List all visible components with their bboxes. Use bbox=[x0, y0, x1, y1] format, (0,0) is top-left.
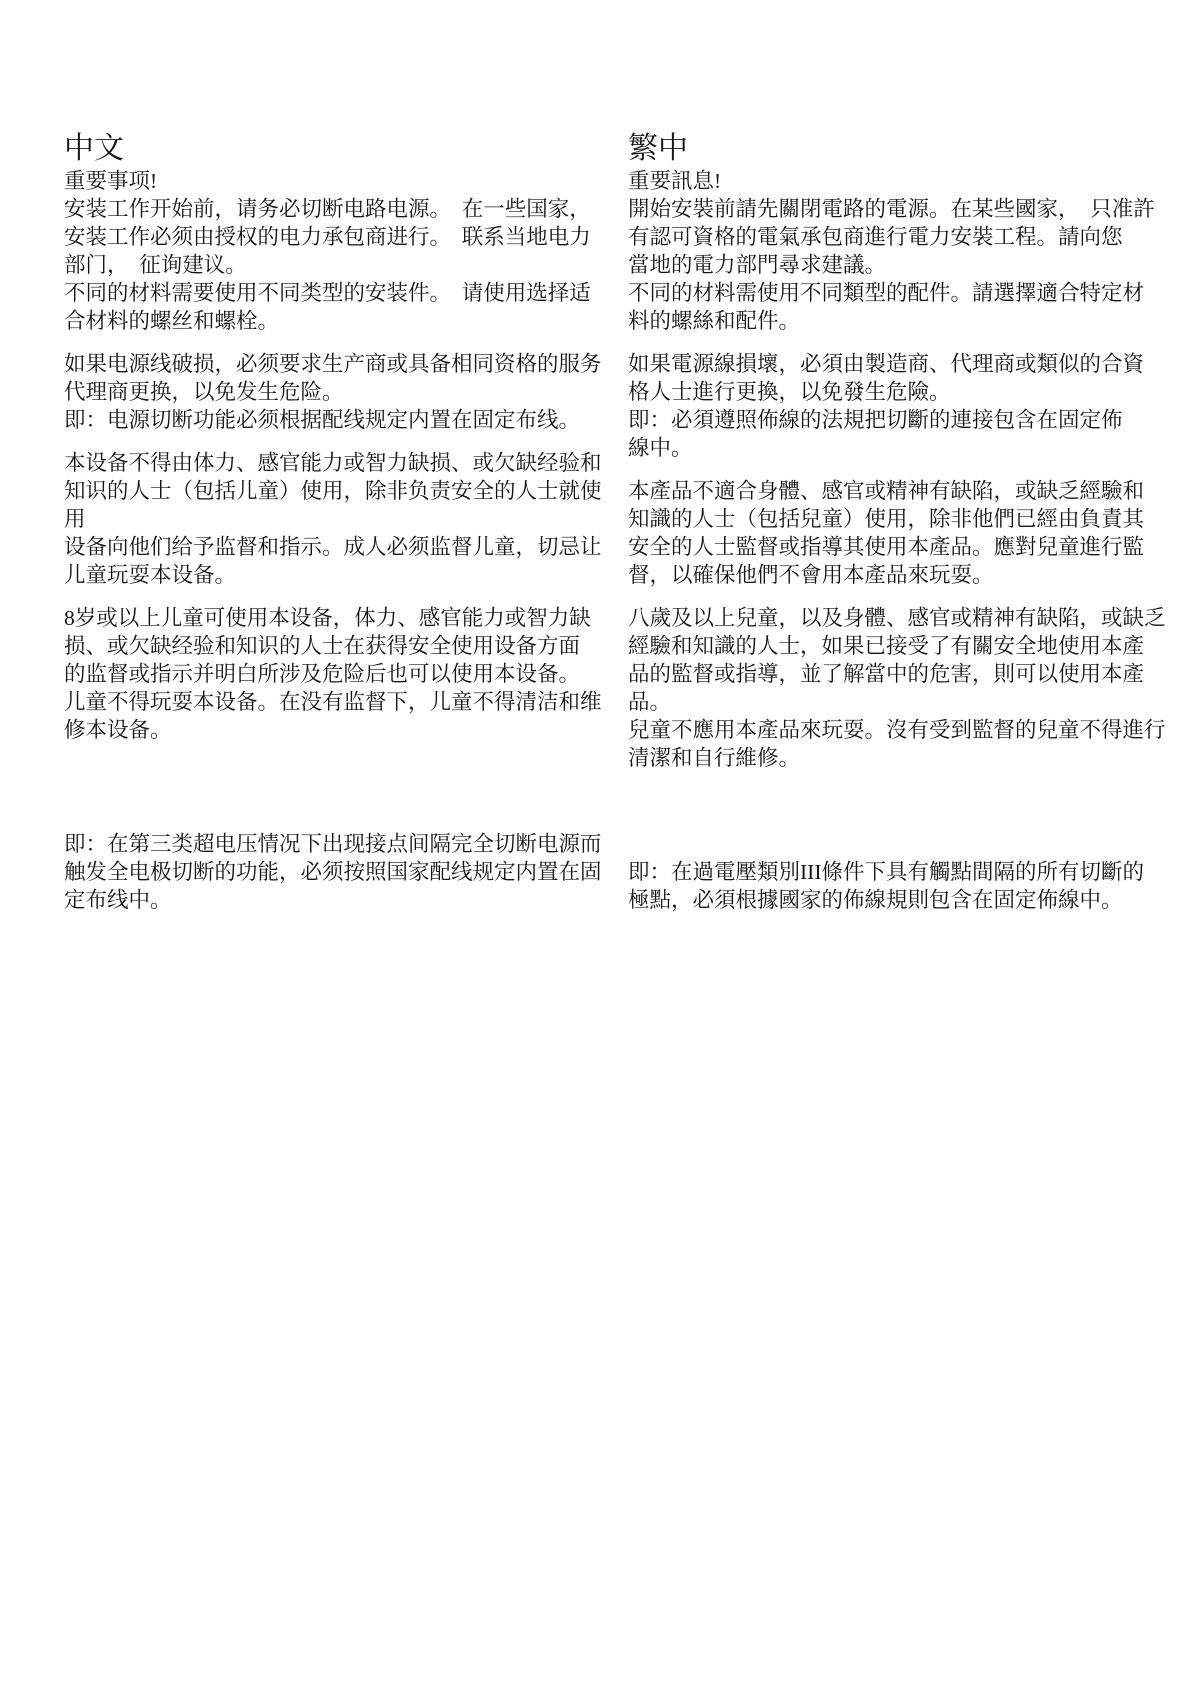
column-simplified-chinese: 中文 重要事项! 安装工作开始前，请务必切断电路电源。 在一些国家， 安装工作必… bbox=[64, 131, 612, 914]
installation-power-off-paragraph: 開始安裝前請先關閉電路的電源。在某些國家， 只准許 有認可資格的電氣承包商進行電… bbox=[628, 195, 1180, 335]
power-cord-damage-paragraph: 如果電源線損壞，必須由製造商、代理商或類似的合資 格人士進行更換，以免發生危險。… bbox=[628, 350, 1180, 462]
important-note-label: 重要訊息! bbox=[628, 167, 1180, 195]
column-traditional-chinese: 繁中 重要訊息! 開始安裝前請先關閉電路的電源。在某些國家， 只准許 有認可資格… bbox=[628, 131, 1180, 914]
language-heading-traditional: 繁中 bbox=[628, 131, 1180, 167]
language-heading-simplified: 中文 bbox=[64, 131, 612, 167]
document-page: 中文 重要事项! 安装工作开始前，请务必切断电路电源。 在一些国家， 安装工作必… bbox=[0, 0, 1191, 1684]
children-over-eight-paragraph: 八歲及以上兒童，以及身體、感官或精神有缺陷，或缺乏 經驗和知識的人士，如果已接受… bbox=[628, 604, 1180, 772]
children-over-eight-paragraph: 8岁或以上儿童可使用本设备，体力、感官能力或智力缺 损、或欠缺经验和知识的人士在… bbox=[64, 604, 612, 744]
reduced-capability-users-paragraph: 本產品不適合身體、感官或精神有缺陷，或缺乏經驗和 知識的人士（包括兒童）使用，除… bbox=[628, 477, 1180, 589]
important-note-label: 重要事项! bbox=[64, 167, 612, 195]
overvoltage-category-note: 即：在第三类超电压情况下出现接点间隔完全切断电源而 触发全电极切断的功能，必须按… bbox=[64, 830, 612, 914]
overvoltage-category-note: 即：在過電壓類別III條件下具有觸點間隔的所有切斷的 極點，必須根據國家的佈線規… bbox=[628, 858, 1180, 914]
reduced-capability-users-paragraph: 本设备不得由体力、感官能力或智力缺损、或欠缺经验和 知识的人士（包括儿童）使用，… bbox=[64, 449, 612, 589]
installation-power-off-paragraph: 安装工作开始前，请务必切断电路电源。 在一些国家， 安装工作必须由授权的电力承包… bbox=[64, 195, 612, 335]
power-cord-damage-paragraph: 如果电源线破损，必须要求生产商或具备相同资格的服务 代理商更换，以免发生危险。 … bbox=[64, 350, 612, 434]
